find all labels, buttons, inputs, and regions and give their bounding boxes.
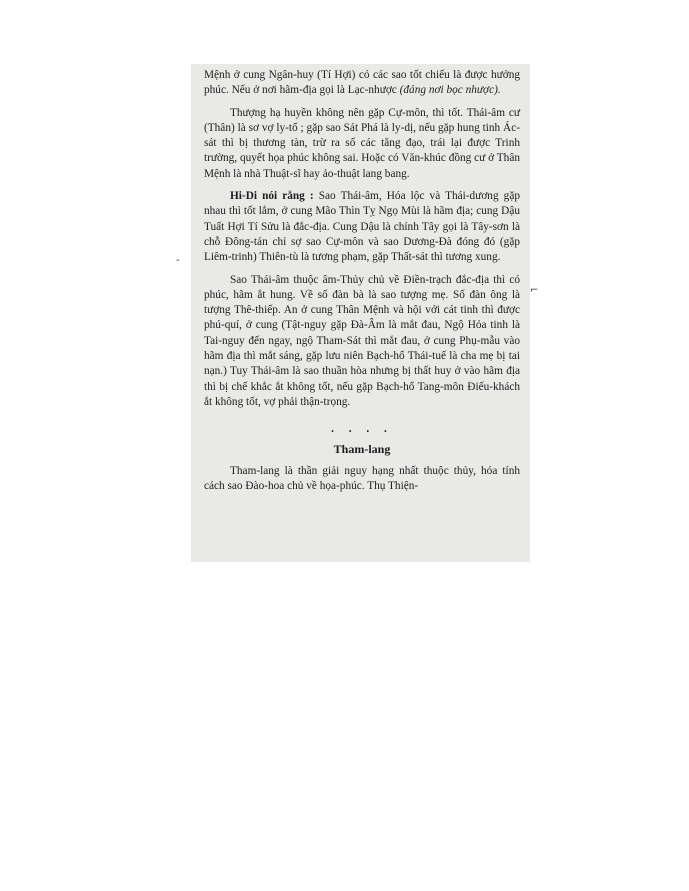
- section-heading: Tham-lang: [204, 442, 520, 457]
- paragraph-2: Thượng hạ huyền không nên gặp Cự-môn, th…: [204, 106, 520, 182]
- section-separator: . . . .: [204, 422, 520, 436]
- paragraph-1: Mệnh ở cung Ngân-huy (Tí Hợi) có các sao…: [204, 68, 520, 99]
- margin-mark-left: -: [176, 255, 180, 266]
- scanned-book-page: Mệnh ở cung Ngân-huy (Tí Hợi) có các sao…: [191, 64, 530, 562]
- paragraph-4: Sao Thái-âm thuộc âm-Thủy chủ về Điền-tr…: [204, 273, 520, 411]
- paragraph-3-lead: Hi-Di nói rằng :: [230, 190, 314, 202]
- paragraph-3: Hi-Di nói rằng : Sao Thái-âm, Hóa lộc và…: [204, 189, 520, 265]
- paragraph-1-italic-note: (đáng nơi bọc nhược).: [397, 84, 501, 96]
- margin-mark-right: ⌐: [530, 285, 538, 296]
- paragraph-5: Tham-lang là thần giải nguy hạng nhất th…: [204, 464, 520, 495]
